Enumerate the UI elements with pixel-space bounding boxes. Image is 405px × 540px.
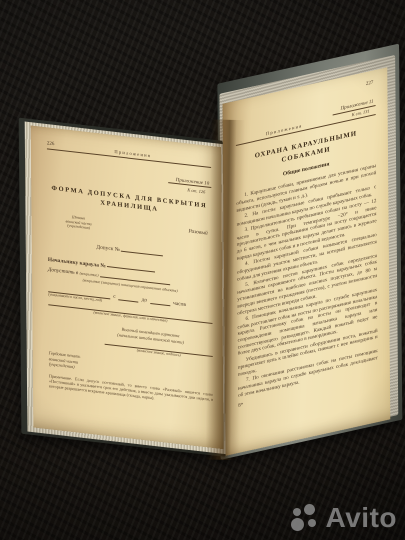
open-book: 226 Приложения Приложение 10 К ст. 126 Ф… bbox=[0, 0, 405, 540]
chapter-body: 1. Караульные собаки, применяемые для ус… bbox=[236, 163, 378, 399]
left-page: 226 Приложения Приложение 10 К ст. 126 Ф… bbox=[31, 125, 224, 449]
avito-watermark-text: Avito bbox=[326, 502, 397, 534]
addressee-blank bbox=[107, 262, 155, 273]
book-gutter-shadow bbox=[205, 120, 245, 461]
right-page: 227 Приложения Приложение 11 К ст. 131 О… bbox=[223, 67, 391, 455]
right-appendix-block: Приложение 11 К ст. 131 bbox=[332, 89, 375, 122]
stamp-block: Штамп воинской части (учреждения) bbox=[47, 212, 109, 234]
avito-dots-logo-icon bbox=[291, 502, 321, 534]
permit-number-blank bbox=[121, 246, 163, 256]
book-photo: 226 Приложения Приложение 10 К ст. 126 Ф… bbox=[0, 0, 405, 540]
left-page-number: 226 bbox=[47, 141, 55, 147]
admit-caption-top: (вскрытие) bbox=[80, 272, 99, 278]
avito-watermark: Avito bbox=[291, 502, 397, 534]
